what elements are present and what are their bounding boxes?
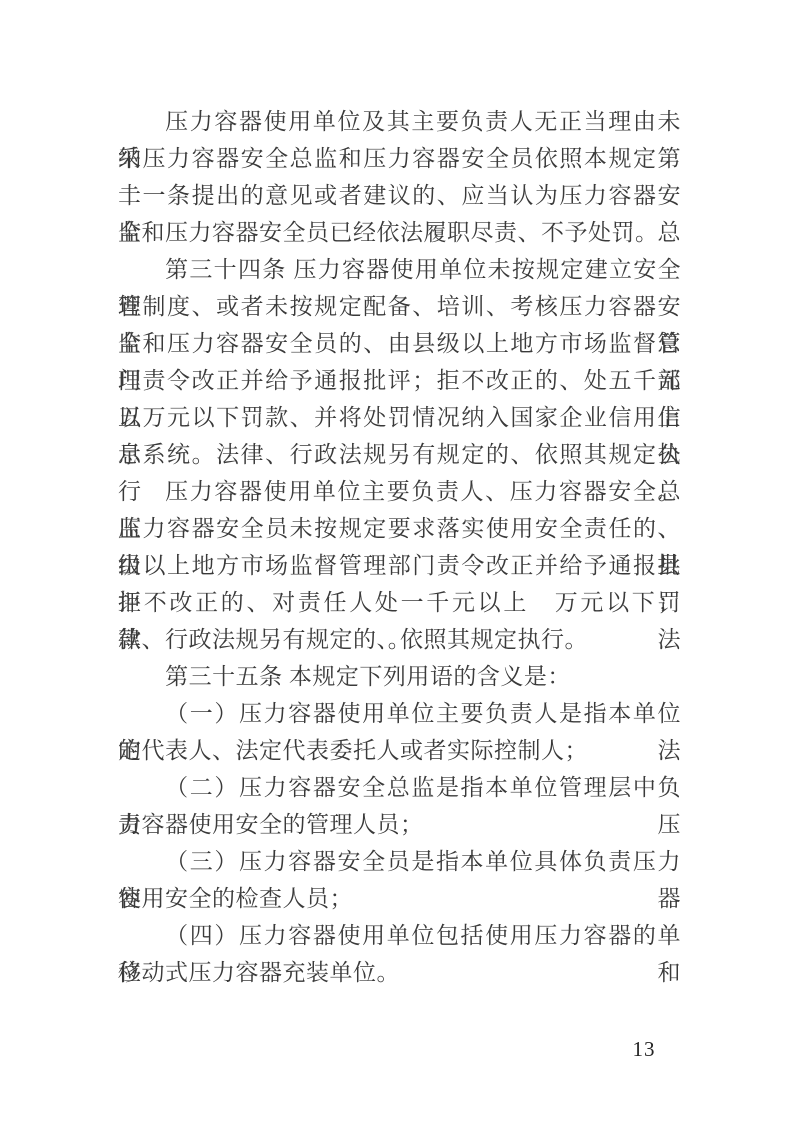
document-page: 压力容器使用单位及其主要负责人无正当理由未采纳压力容器安全总监和压力容器安全员依… <box>0 0 793 1122</box>
text-line-16: 第三十五条 本规定下列用语的含义是： <box>118 658 681 695</box>
text-line-12: 压力容器安全员未按规定要求落实使用安全责任的、由县 <box>118 510 681 547</box>
text-line-19: （二）压力容器安全总监是指本单位管理层中负责压 <box>118 769 681 806</box>
text-line-2: 纳压力容器安全总监和压力容器安全员依照本规定第二 <box>118 140 681 177</box>
text-line-8: 门责令改正并给予通报批评；拒不改正的、处五千元以上 <box>118 362 681 399</box>
text-line-4: 监和压力容器安全员已经依法履职尽责、不予处罚。 <box>118 214 681 251</box>
text-line-13: 级以上地方市场监督管理部门责令改正并给予通报批评； <box>118 547 681 584</box>
text-line-3: 十一条提出的意见或者建议的、应当认为压力容器安全总 <box>118 177 681 214</box>
text-line-7: 监和压力容器安全员的、由县级以上地方市场监督管理部 <box>118 325 681 362</box>
text-line-17: （一）压力容器使用单位主要负责人是指本单位的法 <box>118 695 681 732</box>
text-line-5: 第三十四条 压力容器使用单位未按规定建立安全管 <box>118 251 681 288</box>
text-line-1: 压力容器使用单位及其主要负责人无正当理由未采 <box>118 103 681 140</box>
text-line-9: 五万元以下罚款、并将处罚情况纳入国家企业信用信息公 <box>118 399 681 436</box>
text-line-10: 示系统。法律、行政法规另有规定的、依照其规定执行。 <box>118 436 681 473</box>
text-line-11: 压力容器使用单位主要负责人、压力容器安全总监、 <box>118 473 681 510</box>
text-line-23: （四）压力容器使用单位包括使用压力容器的单位和 <box>118 917 681 954</box>
page-number: 13 <box>624 1037 664 1062</box>
text-line-14: 拒不改正的、对责任人处一千元以上 万元以下罚款。法 <box>118 584 681 621</box>
document-text: 压力容器使用单位及其主要负责人无正当理由未采纳压力容器安全总监和压力容器安全员依… <box>118 103 681 991</box>
text-line-21: （三）压力容器安全员是指本单位具体负责压力容器 <box>118 843 681 880</box>
text-line-6: 理制度、或者未按规定配备、培训、考核压力容器安全总 <box>118 288 681 325</box>
